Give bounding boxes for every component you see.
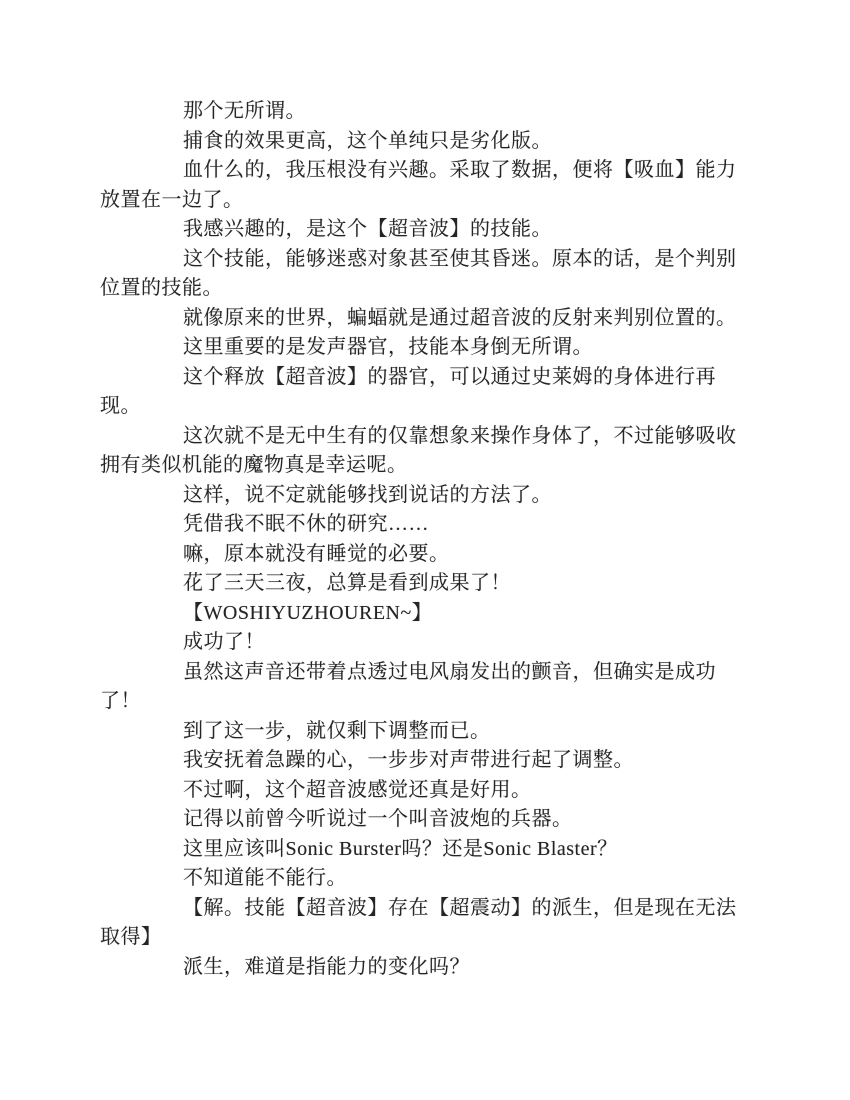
text-line: 虽然这声音还带着点透过电风扇发出的颤音，但确实是成功 — [100, 658, 750, 688]
text-line: 我感兴趣的，是这个【超音波】的技能。 — [100, 215, 750, 245]
text-line: 记得以前曾今听说过一个叫音波炮的兵器。 — [100, 805, 750, 835]
text-line: 这个释放【超音波】的器官，可以通过史莱姆的身体进行再 — [100, 363, 750, 393]
novel-text-block: 那个无所谓。捕食的效果更高，这个单纯只是劣化版。血什么的，我压根没有兴趣。采取了… — [100, 97, 750, 982]
text-line: 这个技能，能够迷惑对象甚至使其昏迷。原本的话，是个判别 — [100, 245, 750, 275]
text-line: 那个无所谓。 — [100, 97, 750, 127]
text-line: 现。 — [100, 392, 750, 422]
text-line: 【解。技能【超音波】存在【超震动】的派生，但是现在无法 — [100, 894, 750, 924]
text-line: 不过啊，这个超音波感觉还真是好用。 — [100, 776, 750, 806]
text-line: 这样，说不定就能够找到说话的方法了。 — [100, 481, 750, 511]
document-page: 那个无所谓。捕食的效果更高，这个单纯只是劣化版。血什么的，我压根没有兴趣。采取了… — [0, 0, 850, 1100]
text-line: 拥有类似机能的魔物真是幸运呢。 — [100, 451, 750, 481]
text-line: 我安抚着急躁的心，一步步对声带进行起了调整。 — [100, 746, 750, 776]
text-line: 凭借我不眠不休的研究…… — [100, 510, 750, 540]
text-line: 血什么的，我压根没有兴趣。采取了数据，便将【吸血】能力 — [100, 156, 750, 186]
text-line: 嘛，原本就没有睡觉的必要。 — [100, 540, 750, 570]
text-line: 捕食的效果更高，这个单纯只是劣化版。 — [100, 127, 750, 157]
text-line: 到了这一步，就仅剩下调整而已。 — [100, 717, 750, 747]
text-line: 位置的技能。 — [100, 274, 750, 304]
text-line: 成功了！ — [100, 628, 750, 658]
text-line: 花了三天三夜，总算是看到成果了！ — [100, 569, 750, 599]
text-line: 取得】 — [100, 923, 750, 953]
text-line: 了！ — [100, 687, 750, 717]
text-line: 放置在一边了。 — [100, 186, 750, 216]
text-line: 这次就不是无中生有的仅靠想象来操作身体了，不过能够吸收 — [100, 422, 750, 452]
text-line: 不知道能不能行。 — [100, 864, 750, 894]
text-line: 派生，难道是指能力的变化吗？ — [100, 953, 750, 983]
text-line: 就像原来的世界，蝙蝠就是通过超音波的反射来判别位置的。 — [100, 304, 750, 334]
text-line: 这里应该叫Sonic Burster吗？还是Sonic Blaster？ — [100, 835, 750, 865]
text-line: 这里重要的是发声器官，技能本身倒无所谓。 — [100, 333, 750, 363]
text-line: 【WOSHIYUZHOUREN~】 — [100, 599, 750, 629]
